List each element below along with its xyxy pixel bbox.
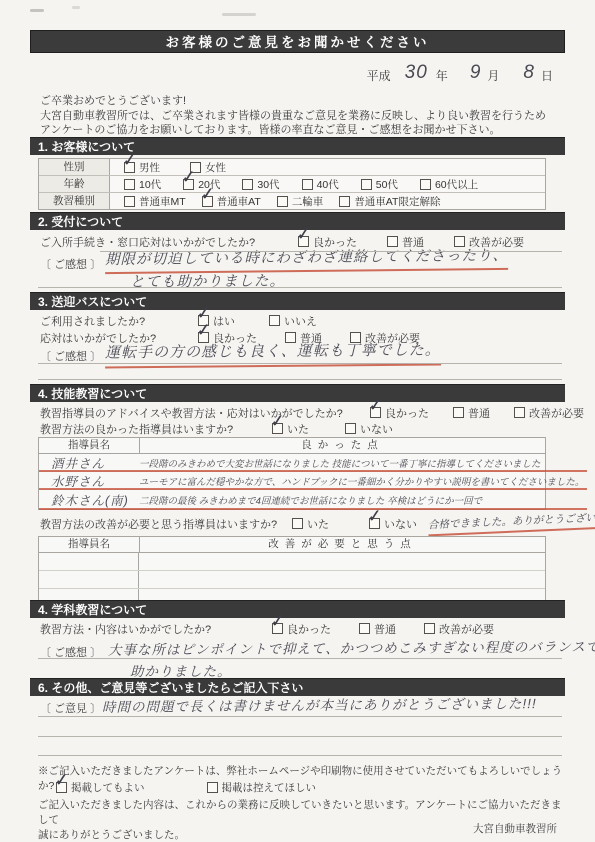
checkbox-label: 女性: [205, 160, 226, 175]
checkbox-car-mt[interactable]: 普通車MT: [124, 194, 186, 209]
academic-question-row: 教習方法・内容はいかがでしたか? 良かった 普通 改善が必要: [40, 621, 494, 636]
checkbox-skill-normal[interactable]: 普通: [453, 405, 490, 421]
row-label: 年齢: [39, 176, 110, 192]
intro-line2: 大宮自動車教習所では、ご卒業されます皆様の貴重なご意見を業務に反映し、より良い教…: [40, 109, 546, 124]
checkbox-label: 普通: [468, 405, 490, 421]
checkbox-label: いない: [384, 516, 417, 532]
date-year-value: 30: [405, 62, 428, 84]
checkbox-label: はい: [213, 313, 235, 329]
scan-artifact: [222, 13, 256, 16]
checkbox-label: 改善が必要: [529, 405, 584, 421]
instructor-name: 酒井さん: [39, 454, 139, 472]
checkbox-academic-normal[interactable]: 普通: [359, 621, 396, 637]
survey-page: お客様のご意見をお聞かせください 平成 30 年 9 月 8 日 ご卒業おめでと…: [0, 0, 595, 842]
date-day-value: 8: [523, 62, 535, 84]
checkbox-label: いた: [287, 421, 309, 437]
date-month-unit: 月: [487, 67, 499, 84]
checkbox-age-40s[interactable]: 40代: [302, 177, 339, 192]
customer-info-table: 性別 男性 女性 年齢 10代 20代 30代 40代 50代 60代以上 教習…: [38, 158, 546, 210]
other-comment: 時間の問題で長くは書けませんが本当にありがとうございました!!!: [102, 692, 537, 716]
checkbox-label: いいえ: [284, 313, 317, 329]
checkbox-box: [359, 623, 370, 634]
checkbox-label: 60代以上: [435, 177, 478, 192]
good-instructor-table: 指導員名 良かった点 酒井さん 一段階のみきわめで大変お世話になりました 技能に…: [38, 437, 546, 510]
checkbox-label: 30代: [257, 177, 279, 192]
table-row-empty: [39, 571, 545, 589]
table-row: 鈴木さん(南) 二段階の最後 みきわめまで4回連続でお世話になりました 卒検はど…: [39, 490, 545, 509]
checkbox-improve-instructor-no[interactable]: いない: [369, 516, 417, 532]
checkbox-academic-improve[interactable]: 改善が必要: [424, 621, 494, 637]
question-text: 教習方法の良かった指導員はいますか?: [40, 421, 272, 437]
checkbox-box: [420, 179, 431, 190]
checkbox-skill-good[interactable]: 良かった: [370, 405, 429, 421]
table-header: 指導員名 改善が必要と思う点: [39, 537, 545, 553]
section5-header: 4. 学科教習について: [30, 600, 565, 618]
checkbox-label: 40代: [317, 177, 339, 192]
question-text: ご利用されましたか?: [40, 313, 198, 329]
instructor-comment: ユーモアに富んだ穏やかな方で、ハンドブックに一番細かく分かりやすい説明を書いてく…: [139, 474, 584, 488]
checkbox-label: 掲載は控えてほしい: [222, 780, 317, 795]
checkbox-motorcycle[interactable]: 二輪車: [277, 194, 324, 209]
academic-comment-line1: 大事な所はピンポイントで抑えて、かつつめこみすぎない程度のバランスで: [108, 635, 595, 658]
intro-line3: アンケートのご協力をお願いしております。皆様の率直なご意見・ご感想をお聞かせ下さ…: [40, 123, 546, 138]
checkbox-good-instructor-yes[interactable]: いた: [272, 421, 309, 437]
red-underline: [39, 508, 587, 510]
checkbox-box: [207, 782, 218, 793]
checkbox-publish-decline[interactable]: 掲載は控えてほしい: [207, 780, 317, 795]
checkbox-label: 掲載してもよい: [71, 780, 145, 795]
checkbox-female[interactable]: 女性: [190, 160, 226, 175]
scan-artifact: [30, 9, 44, 12]
checkbox-label: 普通車MT: [139, 194, 186, 209]
table-row-gender: 性別 男性 女性: [39, 159, 545, 176]
checkbox-age-60plus[interactable]: 60代以上: [420, 177, 478, 192]
comment-label: 〔 ご感想 〕: [40, 348, 101, 364]
row-label: 性別: [39, 159, 110, 175]
instructor-comment: 一段階のみきわめで大変お世話になりました 技能について一番丁寧に指導してください…: [139, 456, 545, 470]
improve-instructor-question-row: 教習方法の改善が必要と思う指導員はいますか? いた いない: [40, 516, 417, 531]
table-header: 指導員名 良かった点: [39, 438, 545, 454]
date-year-unit: 年: [436, 67, 448, 84]
checkbox-academic-good[interactable]: 良かった: [272, 621, 331, 637]
checkbox-improve-instructor-yes[interactable]: いた: [292, 516, 329, 532]
academic-comment-line2: 助かりました。: [130, 660, 232, 680]
col-header-name: 指導員名: [39, 537, 140, 552]
section1-header: 1. お客様について: [30, 137, 565, 155]
good-instructor-question-row: 教習方法の良かった指導員はいますか? いた いない: [40, 421, 393, 436]
checkbox-age-50s[interactable]: 50代: [361, 177, 398, 192]
checkbox-label: 二輪車: [292, 194, 324, 209]
checkbox-box: [292, 518, 303, 529]
date-day-unit: 日: [541, 67, 553, 84]
checkbox-box: [345, 423, 356, 434]
checkbox-box: [302, 179, 313, 190]
table-row: 水野さん ユーモアに富んだ穏やかな方で、ハンドブックに一番細かく分かりやすい説明…: [39, 472, 545, 490]
checkbox-label: 良かった: [385, 405, 429, 421]
col-header-good-points: 良かった点: [140, 438, 545, 453]
checkbox-box: [453, 407, 464, 418]
table-row-age: 年齢 10代 20代 30代 40代 50代 60代以上: [39, 176, 545, 193]
instructor-name: 鈴木さん(南): [39, 491, 139, 509]
checkbox-label: 50代: [376, 177, 398, 192]
question-text: 教習方法・内容はいかがでしたか?: [40, 621, 272, 637]
instructor-comment-overflow: 合格できました。ありがとうございました: [428, 509, 595, 537]
checkbox-age-10s[interactable]: 10代: [124, 177, 161, 192]
checkbox-car-at[interactable]: 普通車AT: [202, 194, 261, 209]
improve-instructor-table: 指導員名 改善が必要と思う点: [38, 536, 546, 607]
instructor-name-empty: [39, 571, 139, 588]
checkbox-label: 男性: [139, 160, 160, 175]
bus-used-question-row: ご利用されましたか? はい いいえ: [40, 313, 317, 328]
comment-label: 〔 ご意見 〕: [40, 700, 101, 716]
table-row: 酒井さん 一段階のみきわめで大変お世話になりました 技能について一番丁寧に指導し…: [39, 454, 545, 472]
publication-options-row: 掲載してもよい 掲載は控えてほしい: [56, 780, 316, 795]
checkbox-publish-ok[interactable]: 掲載してもよい: [56, 780, 145, 795]
checkbox-box: [424, 623, 435, 634]
scan-artifact: [72, 6, 80, 9]
checkbox-label: いない: [360, 421, 393, 437]
checkbox-label: 良かった: [287, 621, 331, 637]
checkbox-bus-used-no[interactable]: いいえ: [269, 313, 317, 329]
checkbox-at-limit-removal[interactable]: 普通車AT限定解除: [339, 194, 440, 209]
checkbox-age-30s[interactable]: 30代: [242, 177, 279, 192]
col-header-improve-points: 改善が必要と思う点: [140, 537, 545, 552]
instructor-advice-question-row: 教習指導員のアドバイスや教習方法・応対はいかがでしたか? 良かった 普通 改善が…: [40, 405, 584, 420]
checkbox-box: [124, 196, 135, 207]
checkbox-box: [277, 196, 288, 207]
checkbox-box: [339, 196, 350, 207]
checkbox-box: [124, 179, 135, 190]
checkbox-box: [514, 407, 525, 418]
checkbox-skill-improve[interactable]: 改善が必要: [514, 405, 584, 421]
checkbox-box: [361, 179, 372, 190]
col-header-name: 指導員名: [39, 438, 140, 453]
instructor-comment: 二段階の最後 みきわめまで4回連続でお世話になりました 卒検はどうにか一回で: [139, 493, 545, 507]
checkbox-good-instructor-no[interactable]: いない: [345, 421, 393, 437]
comment-label: 〔 ご感想 〕: [40, 256, 101, 272]
instructor-name-empty: [39, 553, 139, 570]
instructor-name: 水野さん: [39, 472, 139, 490]
row-label: 教習種別: [39, 193, 110, 209]
table-row-empty: [39, 553, 545, 571]
page-title: お客様のご意見をお聞かせください: [30, 30, 565, 53]
section3-header: 3. 送迎バスについて: [30, 292, 565, 310]
date-era-label: 平成: [367, 67, 391, 84]
checkbox-label: 10代: [139, 177, 161, 192]
question-text: 教習指導員のアドバイスや教習方法・応対はいかがでしたか?: [40, 405, 370, 421]
checkbox-label: 普通車AT限定解除: [354, 194, 440, 209]
checkbox-box: [242, 179, 253, 190]
date-line: 平成 30 年 9 月 8 日: [367, 62, 553, 84]
intro-paragraph: ご卒業おめでとうございます! 大宮自動車教習所では、ご卒業されます皆様の貴重なご…: [40, 94, 546, 138]
date-month-value: 9: [470, 62, 482, 84]
section4-header: 4. 技能教習について: [30, 384, 565, 402]
intro-line1: ご卒業おめでとうございます!: [40, 94, 546, 109]
question-text: 教習方法の改善が必要と思う指導員はいますか?: [40, 516, 292, 532]
checkbox-label: いた: [307, 516, 329, 532]
school-signature: 大宮自動車教習所: [473, 822, 557, 837]
checkbox-label: 普通車AT: [217, 194, 261, 209]
checkbox-male[interactable]: 男性: [124, 160, 160, 175]
checkbox-label: 普通: [374, 621, 396, 637]
check-mark-icon: [198, 183, 214, 203]
checkbox-label: 改善が必要: [439, 621, 494, 637]
checkbox-box: [269, 315, 280, 326]
table-row-course-type: 教習種別 普通車MT 普通車AT 二輪車 普通車AT限定解除: [39, 193, 545, 209]
